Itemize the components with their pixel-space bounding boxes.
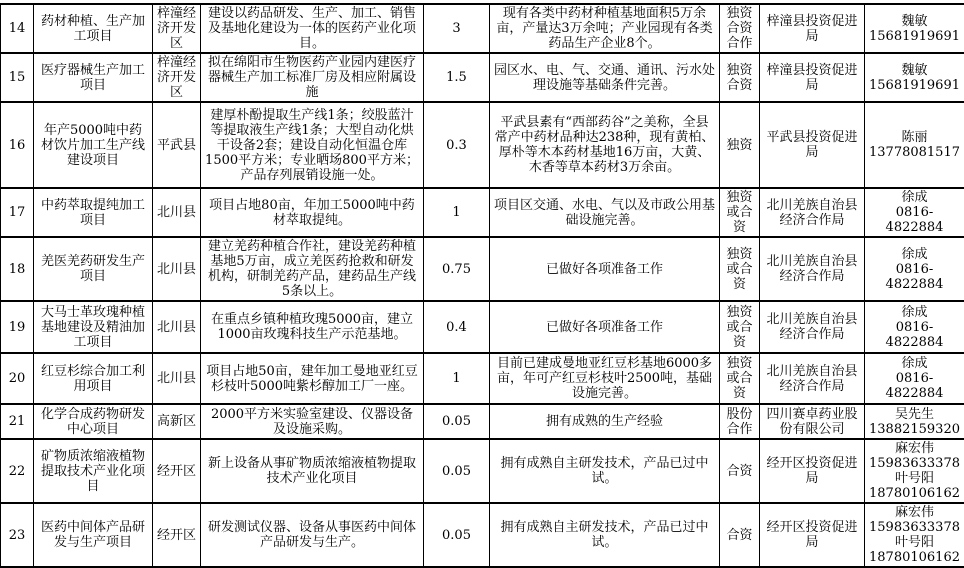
table-row: 20 红豆杉综合加工利用项目 北川县 项目占地50亩，建年加工曼地亚红豆杉枝叶5…: [1, 353, 964, 404]
contact-person-cell: 吴先生 13882159320: [865, 404, 964, 439]
project-description-cell: 研发测试仪器、设备从事医药中间体产品研发与生产。: [201, 503, 424, 567]
investment-amount-cell: 1: [424, 188, 490, 237]
project-number-cell: 21: [1, 404, 34, 439]
project-conditions-cell: 拥有成熟自主研发技术，产品已过中试。: [490, 439, 720, 503]
table-row: 15 医疗器械生产加工项目 梓潼经济开发区 拟在绵阳市生物医药产业园内建医疗器械…: [1, 53, 964, 102]
cooperation-mode-cell: 独资合资: [720, 53, 760, 102]
project-conditions-cell: 现有各类中药材种植基地面积5万余亩，产量达3万余吨；产业园现有各类药品生产企业8…: [490, 4, 720, 53]
cooperation-mode-cell: 独资或合资: [720, 237, 760, 301]
project-location-cell: 梓潼经济开发区: [153, 53, 201, 102]
contact-organization-cell: 四川赛卓药业股份有限公司: [760, 404, 865, 439]
contact-person-cell: 魏敏 15681919691: [865, 53, 964, 102]
investment-amount-cell: 0.75: [424, 237, 490, 301]
project-number-cell: 17: [1, 188, 34, 237]
project-conditions-cell: 拥有成熟的生产经验: [490, 404, 720, 439]
project-conditions-cell: 项目区交通、水电、气以及市政公用基础设施完善。: [490, 188, 720, 237]
project-location-cell: 北川县: [153, 188, 201, 237]
project-description-cell: 建厚朴酚提取生产线1条；绞股蓝汁等提取液生产线1条；大型自动化烘干设备2套；建设…: [201, 102, 424, 188]
project-number-cell: 19: [1, 301, 34, 353]
contact-organization-cell: 平武县投资促进局: [760, 102, 865, 188]
contact-organization-cell: 经开区投资促进局: [760, 503, 865, 567]
investment-amount-cell: 3: [424, 4, 490, 53]
cooperation-mode-cell: 合资: [720, 439, 760, 503]
project-location-cell: 北川县: [153, 353, 201, 404]
table-row: 14 药材种植、生产加工项目 梓潼经济开发区 建设以药品研发、生产、加工、销售及…: [1, 4, 964, 53]
project-description-cell: 在重点乡镇种植玫瑰5000亩，建立1000亩玫瑰科技生产示范基地。: [201, 301, 424, 353]
project-number-cell: 20: [1, 353, 34, 404]
contact-person-cell: 徐成 0816-4822884: [865, 353, 964, 404]
contact-person-cell: 陈丽 13778081517: [865, 102, 964, 188]
project-conditions-cell: 园区水、电、气、交通、通讯、污水处理设施等基础条件完善。: [490, 53, 720, 102]
project-conditions-cell: 目前已建成曼地亚红豆杉基地6000多亩，年可产红豆杉枝叶2500吨，基础设施完善…: [490, 353, 720, 404]
table-row: 19 大马士革玫瑰种植基地建设及精油加工项目 北川县 在重点乡镇种植玫瑰5000…: [1, 301, 964, 353]
investment-amount-cell: 0.05: [424, 404, 490, 439]
contact-organization-cell: 梓潼县投资促进局: [760, 4, 865, 53]
investment-amount-cell: 1.5: [424, 53, 490, 102]
cooperation-mode-cell: 独资或合资: [720, 301, 760, 353]
cooperation-mode-cell: 合资: [720, 503, 760, 567]
table-row: 21 化学合成药物研发中心项目 高新区 2000平方米实验室建设、仪器设备及设施…: [1, 404, 964, 439]
project-description-cell: 新上设备从事矿物质浓缩液植物提取技术产业化项目: [201, 439, 424, 503]
table-row: 16 年产5000吨中药材饮片加工生产线建设项目 平武县 建厚朴酚提取生产线1条…: [1, 102, 964, 188]
project-conditions-cell: 已做好各项准备工作: [490, 237, 720, 301]
project-location-cell: 北川县: [153, 301, 201, 353]
project-location-cell: 高新区: [153, 404, 201, 439]
contact-person-cell: 徐成 0816-4822884: [865, 301, 964, 353]
project-location-cell: 经开区: [153, 439, 201, 503]
table-row: 17 中药萃取提纯加工项目 北川县 项目占地80亩，年加工5000吨中药材萃取提…: [1, 188, 964, 237]
project-name-cell: 羌医羌药研发生产项目: [34, 237, 153, 301]
contact-organization-cell: 北川羌族自治县经济合作局: [760, 301, 865, 353]
contact-person-cell: 徐成 0816-4822884: [865, 188, 964, 237]
contact-organization-cell: 梓潼县投资促进局: [760, 53, 865, 102]
table-body: 14 药材种植、生产加工项目 梓潼经济开发区 建设以药品研发、生产、加工、销售及…: [1, 4, 964, 567]
project-number-cell: 23: [1, 503, 34, 567]
project-name-cell: 红豆杉综合加工利用项目: [34, 353, 153, 404]
project-name-cell: 大马士革玫瑰种植基地建设及精油加工项目: [34, 301, 153, 353]
investment-amount-cell: 0.05: [424, 503, 490, 567]
project-name-cell: 医疗器械生产加工项目: [34, 53, 153, 102]
project-description-cell: 项目占地80亩，年加工5000吨中药材萃取提纯。: [201, 188, 424, 237]
contact-person-cell: 徐成 0816-4822884: [865, 237, 964, 301]
project-conditions-cell: 拥有成熟自主研发技术，产品已过中试。: [490, 503, 720, 567]
contact-person-cell: 麻宏伟 15983633378 叶号阳 18780106162: [865, 503, 964, 567]
contact-person-cell: 魏敏 15681919691: [865, 4, 964, 53]
project-number-cell: 14: [1, 4, 34, 53]
contact-organization-cell: 北川羌族自治县经济合作局: [760, 188, 865, 237]
project-name-cell: 中药萃取提纯加工项目: [34, 188, 153, 237]
cooperation-mode-cell: 独资或合资: [720, 353, 760, 404]
project-name-cell: 药材种植、生产加工项目: [34, 4, 153, 53]
table-row: 23 医药中间体产品研发与生产项目 经开区 研发测试仪器、设备从事医药中间体产品…: [1, 503, 964, 567]
project-conditions-cell: 平武县素有“西部药谷”之美称，全县常产中药材品种达238种，现有黄柏、厚朴等木本…: [490, 102, 720, 188]
project-location-cell: 梓潼经济开发区: [153, 4, 201, 53]
cooperation-mode-cell: 独资合资合作: [720, 4, 760, 53]
project-description-cell: 建立羌药种植合作社，建设羌药种植基地5万亩，成立羌医药抢救和研发机构，研制羌药产…: [201, 237, 424, 301]
project-description-cell: 2000平方米实验室建设、仪器设备及设施采购。: [201, 404, 424, 439]
contact-organization-cell: 经开区投资促进局: [760, 439, 865, 503]
contact-organization-cell: 北川羌族自治县经济合作局: [760, 237, 865, 301]
project-conditions-cell: 已做好各项准备工作: [490, 301, 720, 353]
project-number-cell: 16: [1, 102, 34, 188]
project-name-cell: 矿物质浓缩液植物提取技术产业化项目: [34, 439, 153, 503]
project-number-cell: 22: [1, 439, 34, 503]
project-location-cell: 经开区: [153, 503, 201, 567]
project-description-cell: 建设以药品研发、生产、加工、销售及基地化建设为一体的医药产业化项目。: [201, 4, 424, 53]
project-location-cell: 平武县: [153, 102, 201, 188]
project-number-cell: 18: [1, 237, 34, 301]
project-number-cell: 15: [1, 53, 34, 102]
investment-project-table: 14 药材种植、生产加工项目 梓潼经济开发区 建设以药品研发、生产、加工、销售及…: [0, 3, 964, 568]
project-name-cell: 年产5000吨中药材饮片加工生产线建设项目: [34, 102, 153, 188]
investment-amount-cell: 0.4: [424, 301, 490, 353]
project-description-cell: 项目占地50亩，建年加工曼地亚红豆杉枝叶5000吨紫杉醇加工厂一座。: [201, 353, 424, 404]
table-row: 22 矿物质浓缩液植物提取技术产业化项目 经开区 新上设备从事矿物质浓缩液植物提…: [1, 439, 964, 503]
investment-amount-cell: 0.3: [424, 102, 490, 188]
contact-person-cell: 麻宏伟 15983633378 叶号阳 18780106162: [865, 439, 964, 503]
project-name-cell: 医药中间体产品研发与生产项目: [34, 503, 153, 567]
project-description-cell: 拟在绵阳市生物医药产业园内建医疗器械生产加工标准厂房及相应附属设施: [201, 53, 424, 102]
project-location-cell: 北川县: [153, 237, 201, 301]
project-name-cell: 化学合成药物研发中心项目: [34, 404, 153, 439]
cooperation-mode-cell: 独资: [720, 102, 760, 188]
contact-organization-cell: 北川羌族自治县经济合作局: [760, 353, 865, 404]
cooperation-mode-cell: 独资或合资: [720, 188, 760, 237]
cooperation-mode-cell: 股份合作: [720, 404, 760, 439]
investment-amount-cell: 1: [424, 353, 490, 404]
investment-amount-cell: 0.05: [424, 439, 490, 503]
table-row: 18 羌医羌药研发生产项目 北川县 建立羌药种植合作社，建设羌药种植基地5万亩，…: [1, 237, 964, 301]
